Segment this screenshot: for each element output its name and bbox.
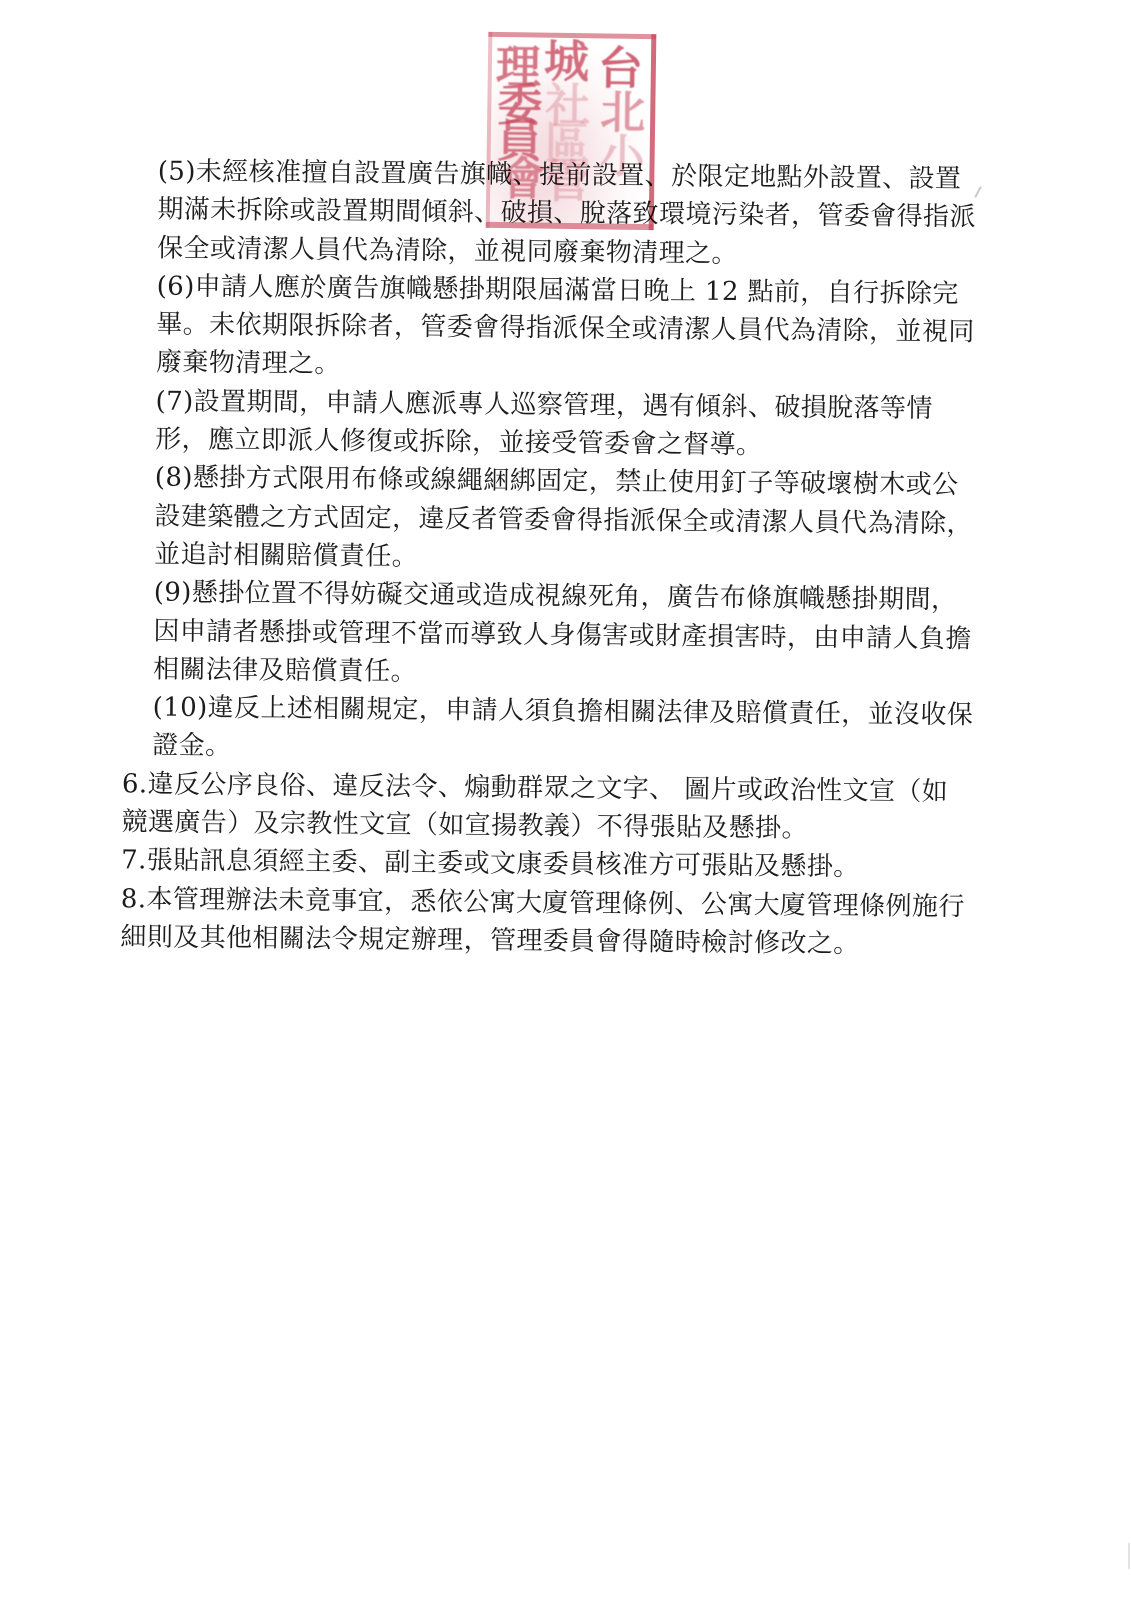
document-body: (5)未經核准擅自設置廣告旗幟、提前設置、於限定地點外設置、設置期滿未拆除或設置… [0, 151, 1131, 966]
stamp-seal: 理委員會城社區管台北小 [486, 32, 657, 230]
scan-artifact [1128, 1543, 1130, 1569]
scanned-document-page: (5)未經核准擅自設置廣告旗幟、提前設置、於限定地點外設置、設置期滿未拆除或設置… [0, 0, 1131, 1600]
stamp-character: 台 [598, 45, 644, 91]
stamp-character: 小 [599, 133, 645, 179]
stamp-characters: 理委員會城社區管台北小 [486, 32, 657, 230]
stamp-character: 管 [544, 159, 590, 205]
stamp-character: 北 [600, 89, 646, 135]
stamp-character: 城 [544, 39, 590, 85]
stamp-character: 會 [500, 156, 546, 202]
